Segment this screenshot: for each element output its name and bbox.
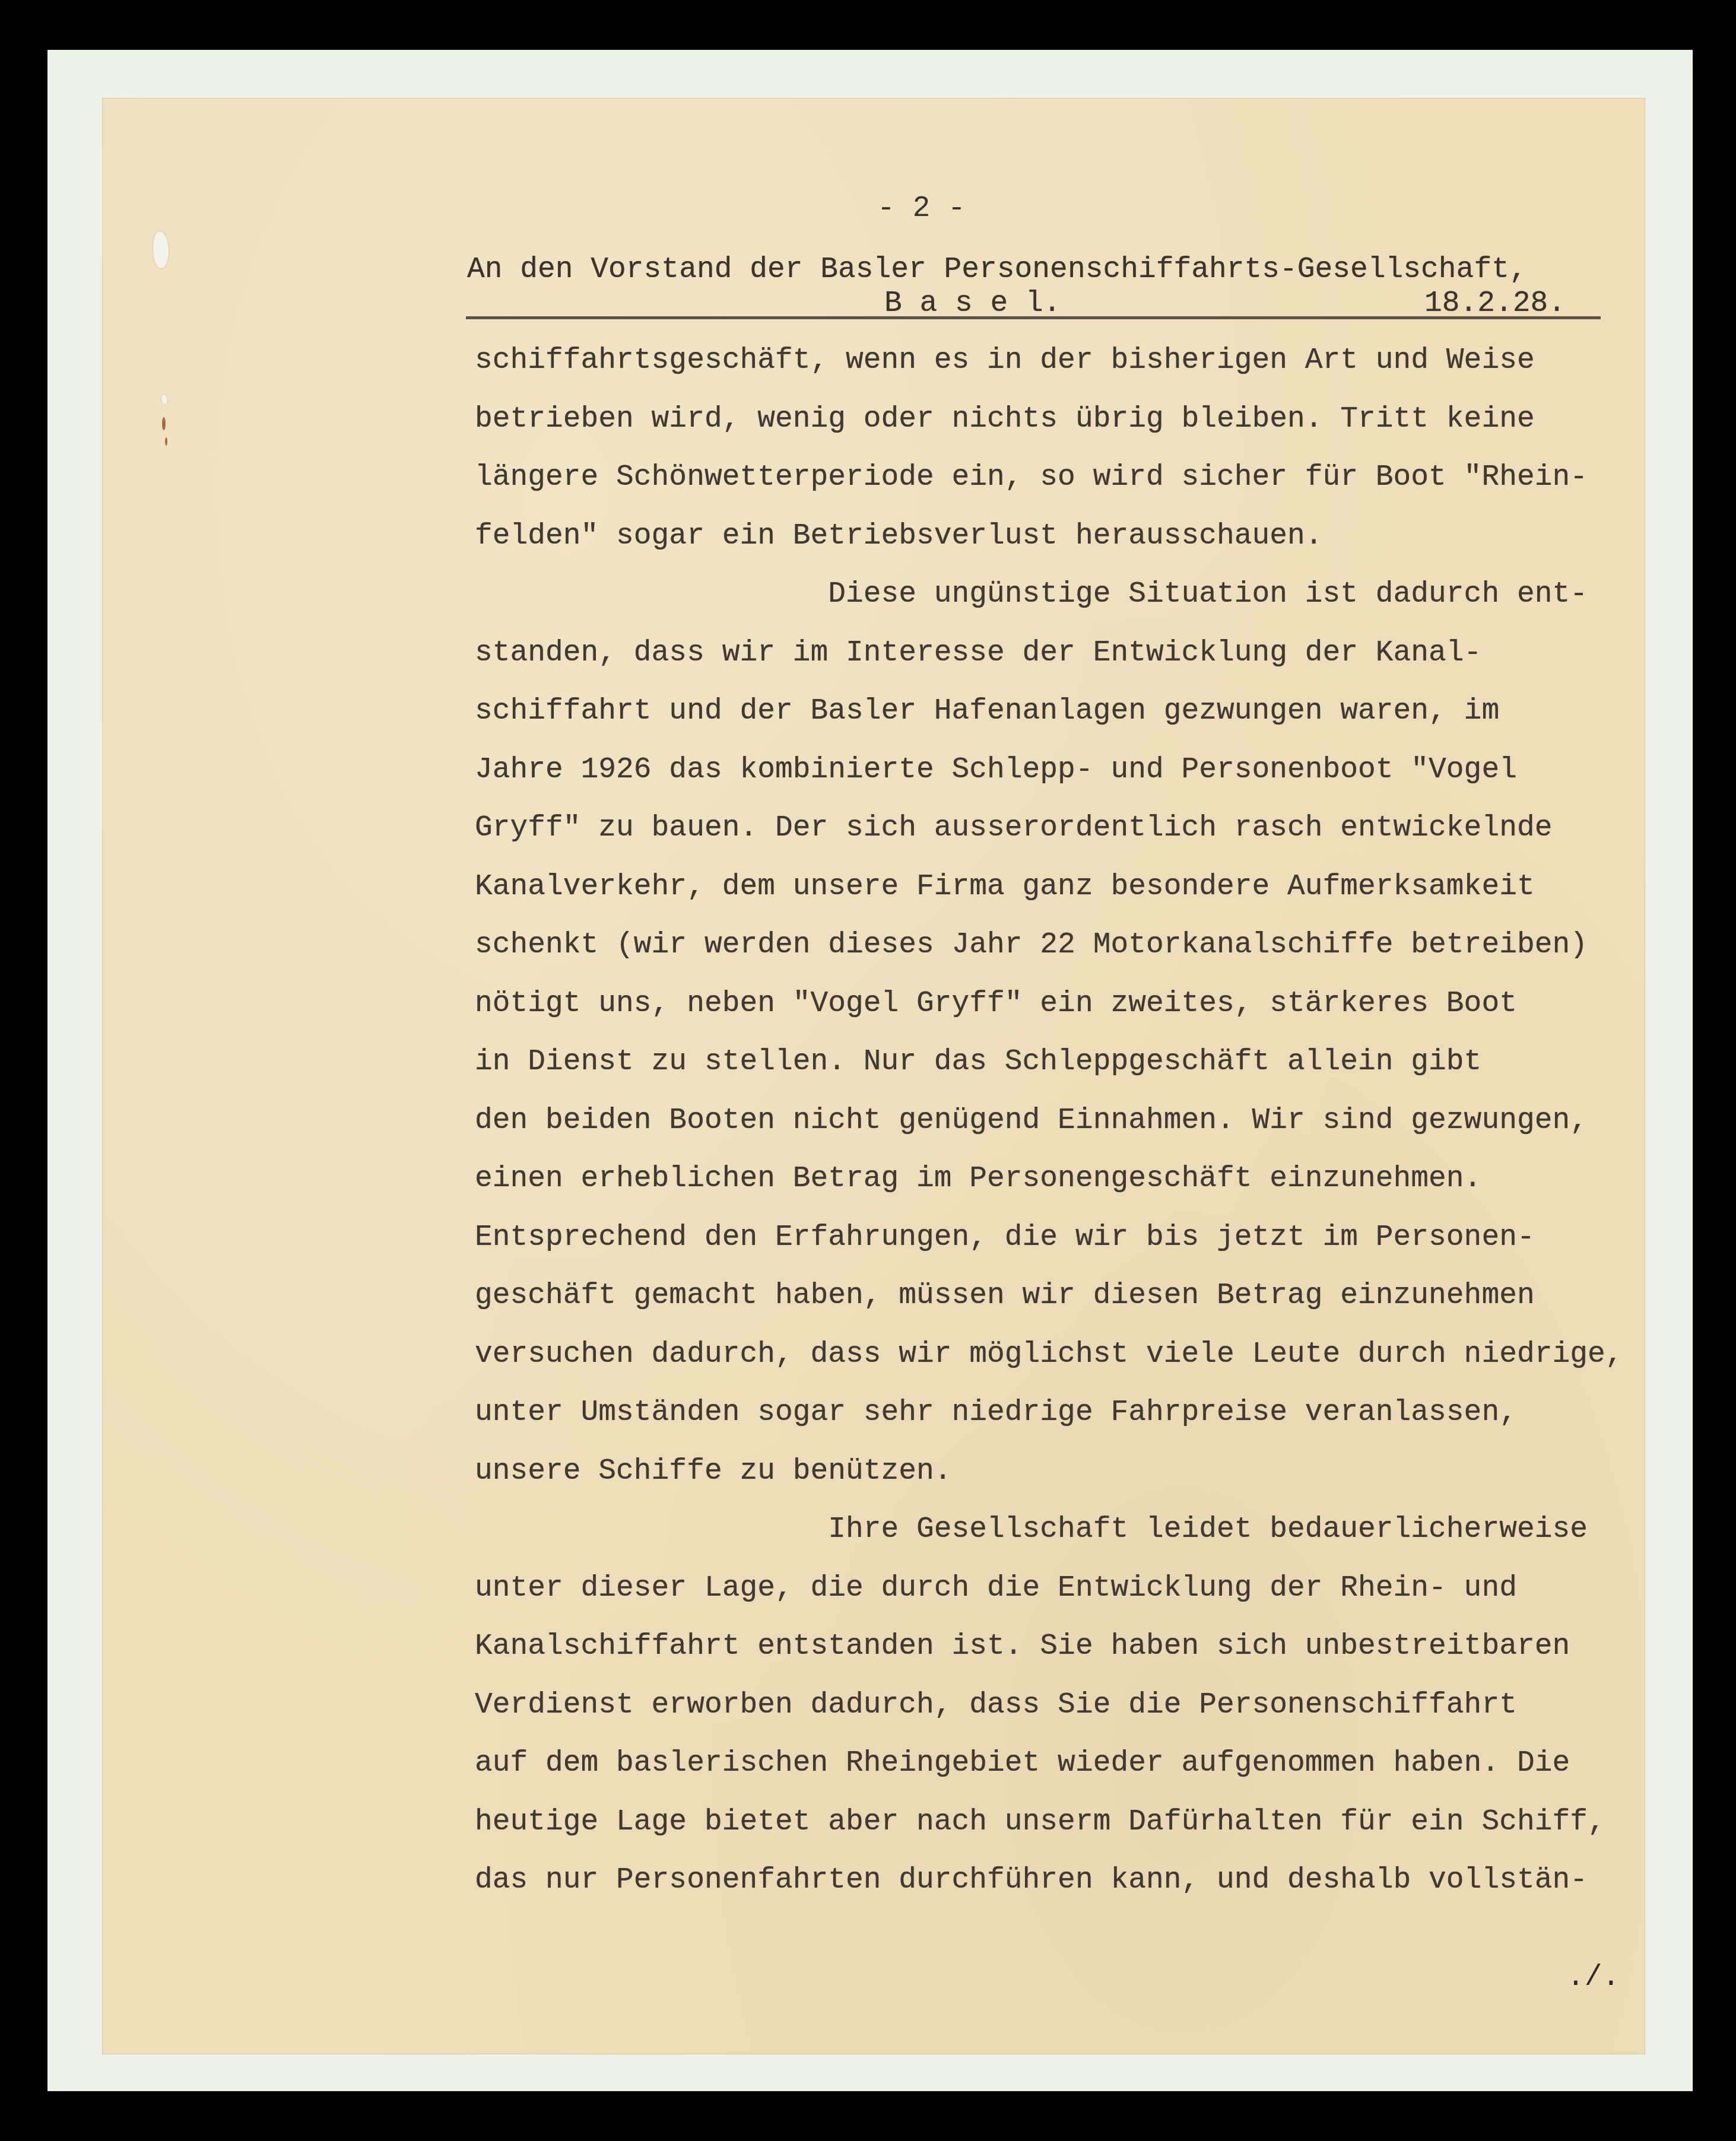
recipient-city: B a s e l. xyxy=(884,289,1061,319)
body-line: unter Umständen sogar sehr niedrige Fahr… xyxy=(475,1398,1517,1428)
body-line: felden" sogar ein Betriebsverlust heraus… xyxy=(475,522,1323,551)
continuation-mark: ./. xyxy=(1567,1963,1620,1993)
body-line: in Dienst zu stellen. Nur das Schleppges… xyxy=(475,1047,1481,1077)
body-line: einen erheblichen Betrag im Personengesc… xyxy=(475,1164,1481,1194)
body-line: Verdienst erworben dadurch, dass Sie die… xyxy=(475,1691,1517,1720)
body-line: Kanalverkehr, dem unsere Firma ganz beso… xyxy=(475,872,1535,902)
body-line: schiffahrtsgeschäft, wenn es in der bish… xyxy=(475,346,1535,376)
body-line: Jahre 1926 das kombinierte Schlepp- und … xyxy=(475,755,1517,785)
header-underline xyxy=(466,316,1601,319)
body-line: Entsprechend den Erfahrungen, die wir bi… xyxy=(475,1223,1535,1253)
body-line: auf dem baslerischen Rheingebiet wieder … xyxy=(475,1749,1570,1778)
body-line: den beiden Booten nicht genügend Einnahm… xyxy=(475,1106,1588,1136)
body-line: heutige Lage bietet aber nach unserm Daf… xyxy=(475,1808,1605,1837)
body-line: nötigt uns, neben "Vogel Gryff" ein zwei… xyxy=(475,989,1517,1019)
page-number: - 2 - xyxy=(877,194,966,224)
body-line: schiffahrt und der Basler Hafenanlagen g… xyxy=(475,697,1499,726)
body-line: Kanalschiffahrt entstanden ist. Sie habe… xyxy=(475,1632,1570,1662)
punch-hole-damage xyxy=(153,231,169,268)
recipient-line: An den Vorstand der Basler Personenschif… xyxy=(467,255,1527,285)
body-line: Diese ungünstige Situation ist dadurch e… xyxy=(475,580,1588,609)
letter-date: 18.2.28. xyxy=(1424,289,1566,319)
body-line: das nur Personenfahrten durchführen kann… xyxy=(475,1866,1588,1895)
body-line: standen, dass wir im Interesse der Entwi… xyxy=(475,639,1481,668)
body-line: längere Schönwetterperiode ein, so wird … xyxy=(475,463,1588,493)
body-line: schenkt (wir werden dieses Jahr 22 Motor… xyxy=(475,930,1588,960)
body-line: unter dieser Lage, die durch die Entwick… xyxy=(475,1574,1517,1603)
body-line: Ihre Gesellschaft leidet bedauerlicherwe… xyxy=(475,1515,1588,1545)
body-line: betrieben wird, wenig oder nichts übrig … xyxy=(475,405,1535,434)
body-line: Gryff" zu bauen. Der sich ausserordentli… xyxy=(475,814,1552,843)
body-line: versuchen dadurch, dass wir möglichst vi… xyxy=(475,1340,1623,1370)
rust-stain xyxy=(162,417,166,430)
body-line: unsere Schiffe zu benützen. xyxy=(475,1457,952,1486)
body-line: geschäft gemacht haben, müssen wir diese… xyxy=(475,1281,1535,1311)
punch-hole-damage xyxy=(161,395,167,404)
rust-stain xyxy=(165,437,167,446)
